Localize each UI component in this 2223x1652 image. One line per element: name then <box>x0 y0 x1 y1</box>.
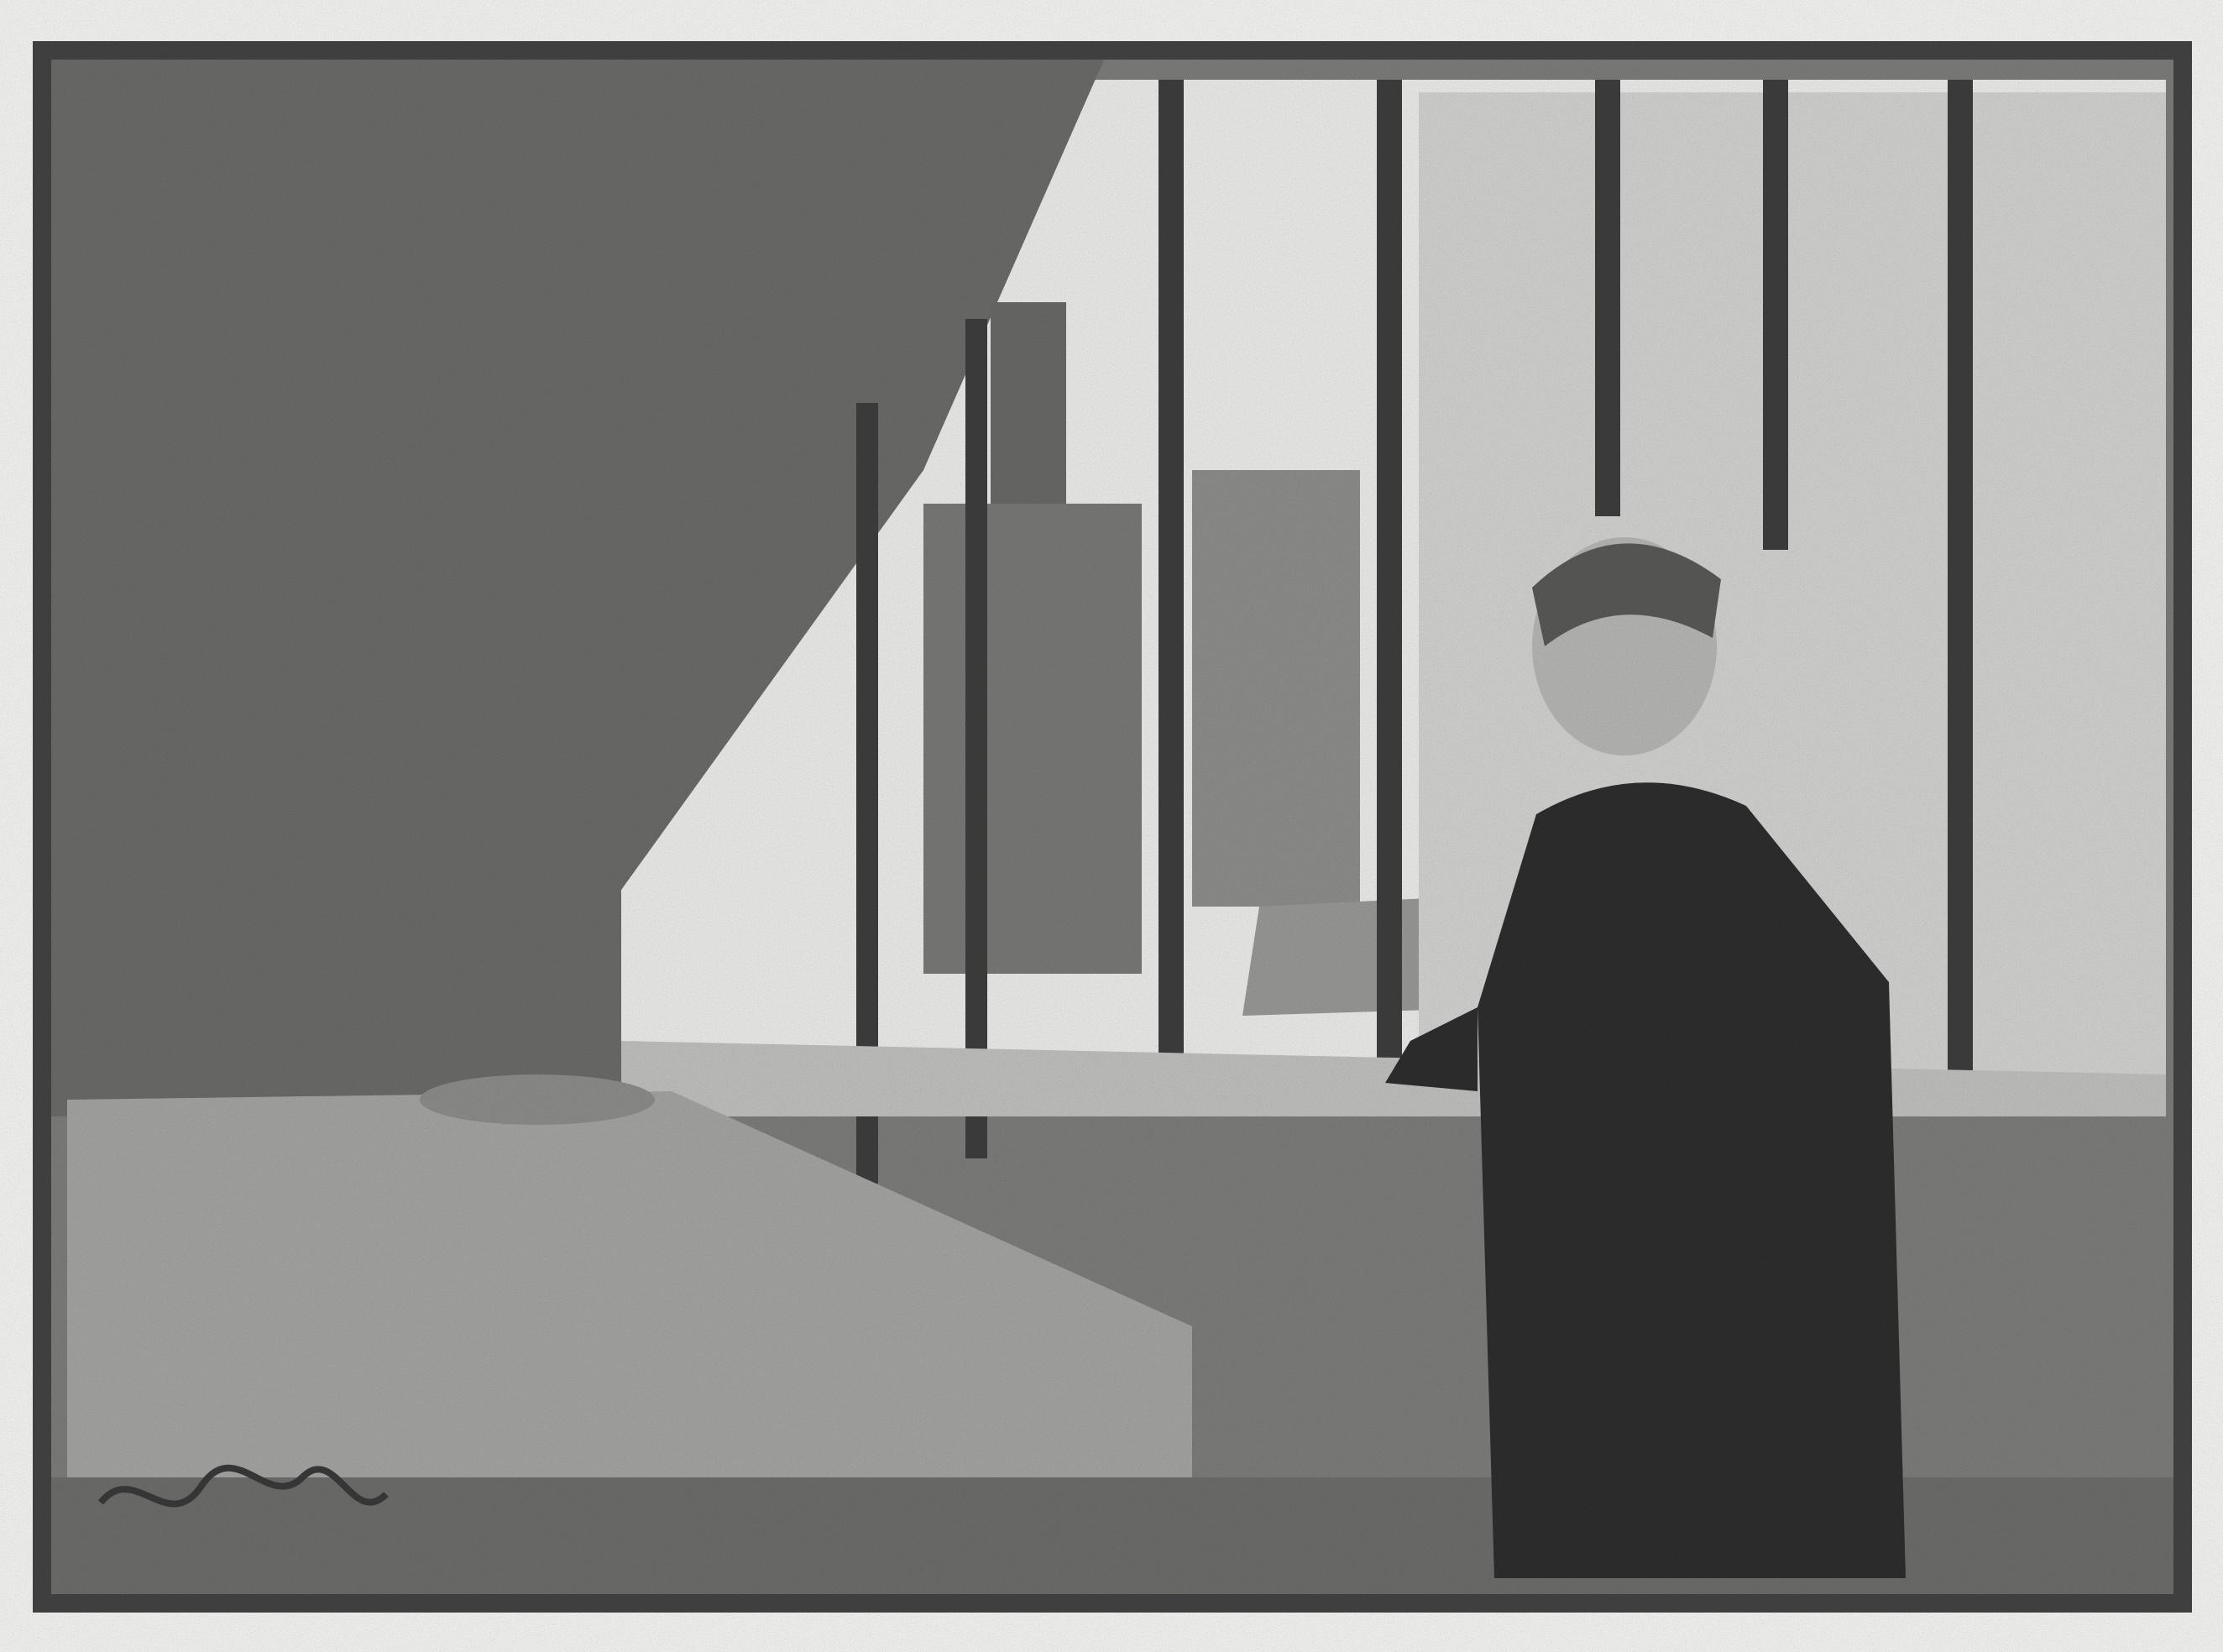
artwork-canvas <box>0 0 2223 1652</box>
distant-building <box>1192 470 1360 907</box>
rooftop-building <box>923 504 1142 974</box>
dish <box>420 1074 655 1125</box>
chimney <box>991 302 1066 520</box>
